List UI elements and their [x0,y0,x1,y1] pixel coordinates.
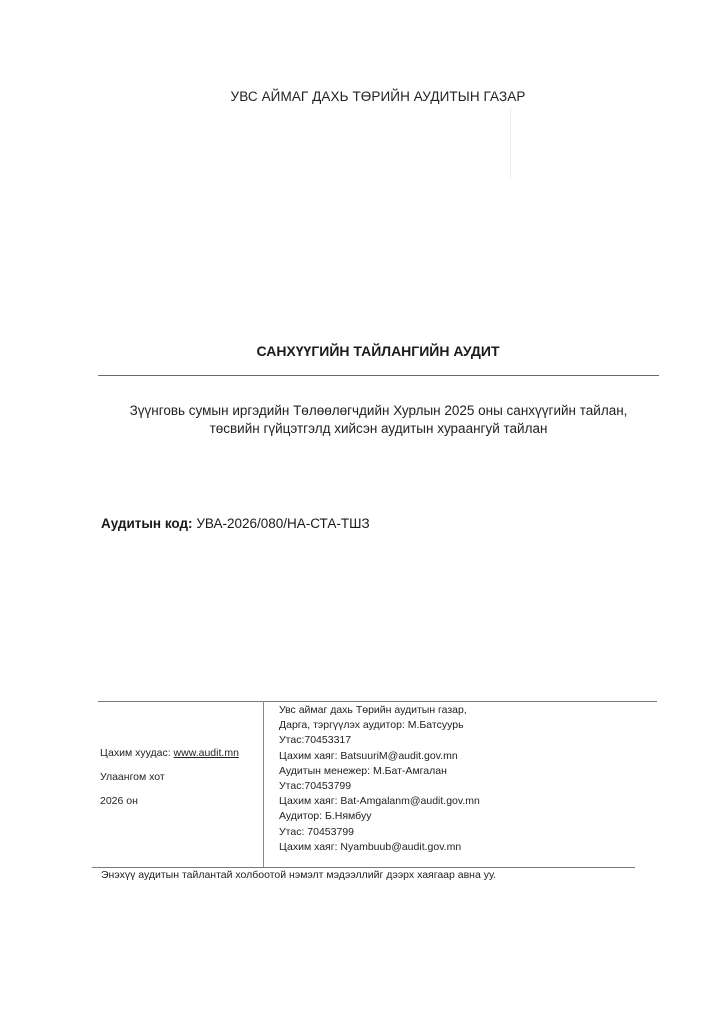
contact-right-block: Увс аймаг дахь Төрийн аудитын газар, Дар… [279,703,480,855]
website-link[interactable]: www.audit.mn [174,747,239,759]
contact-vertical-divider [263,701,264,867]
year: 2026 он [100,794,239,818]
office-name: Увс аймаг дахь Төрийн аудитын газар, [279,703,480,718]
director-phone: Утас:70453317 [279,733,480,748]
auditor-phone: Утас: 70453799 [279,825,480,840]
document-page: УВС АЙМАГ ДАХЬ ТӨРИЙН АУДИТЫН ГАЗАР САНХ… [0,0,718,1024]
organization-header: УВС АЙМАГ ДАХЬ ТӨРИЙН АУДИТЫН ГАЗАР [0,89,718,104]
auditor: Аудитор: Б.Нямбуу [279,809,480,824]
document-subtitle: Зүүнговь сумын иргэдийн Төлөөлөгчдийн Ху… [98,402,659,438]
auditor-email: Цахим хаяг: Nyambuub@audit.gov.mn [279,840,480,855]
subtitle-line-1: Зүүнговь сумын иргэдийн Төлөөлөгчдийн Ху… [98,402,659,420]
manager-phone: Утас:70453799 [279,779,480,794]
footer-note: Энэхүү аудитын тайлантай холбоотой нэмэл… [101,869,496,881]
title-divider [98,375,659,376]
contact-top-divider [98,701,657,702]
director: Дарга, тэргүүлэх аудитор: М.Батсуурь [279,718,480,733]
website-label: Цахим хуудас: [100,747,171,759]
director-email: Цахим хаяг: BatsuuriM@audit.gov.mn [279,749,480,764]
website-row: Цахим хуудас: www.audit.mn [100,746,239,770]
subtitle-line-2: төсвийн гүйцэтгэлд хийсэн аудитын хураан… [98,420,659,438]
audit-code-label: Аудитын код: [101,516,193,531]
document-title: САНХҮҮГИЙН ТАЙЛАНГИЙН АУДИТ [0,343,718,359]
contact-left-block: Цахим хуудас: www.audit.mn Улаангом хот … [100,746,239,818]
scan-artifact-line [510,108,511,178]
manager-email: Цахим хаяг: Bat-Amgalanm@audit.gov.mn [279,794,480,809]
city: Улаангом хот [100,770,239,794]
audit-code: Аудитын код: УВА-2026/080/НА-СТА-ТШЗ [101,516,370,531]
manager: Аудитын менежер: М.Бат-Амгалан [279,764,480,779]
contact-bottom-divider [92,867,635,868]
audit-code-value: УВА-2026/080/НА-СТА-ТШЗ [196,516,369,531]
